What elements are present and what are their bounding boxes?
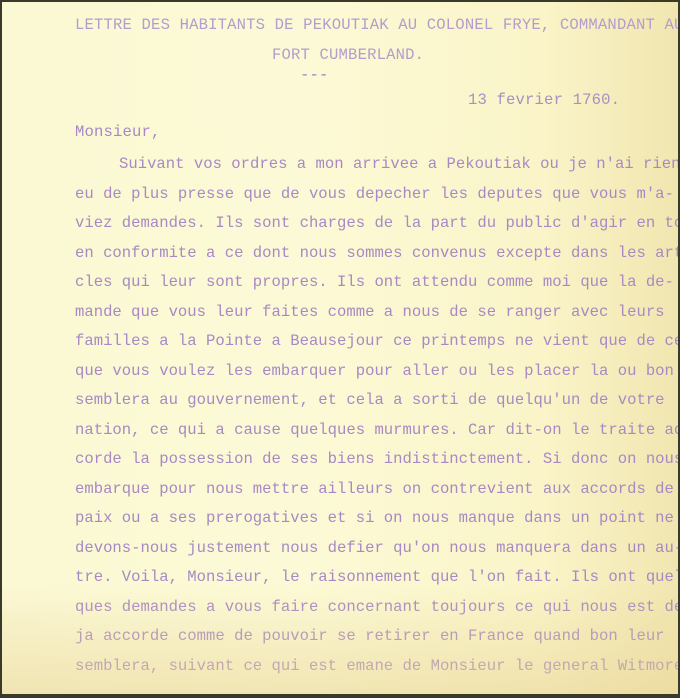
body-line: paix ou a ses prerogatives et si on nous… <box>75 504 678 534</box>
body-line: nation, ce qui a cause quelques murmures… <box>75 416 678 446</box>
letter-title-line-1: LETTRE DES HABITANTS DE PEKOUTIAK AU COL… <box>75 16 678 34</box>
body-line: viez demandes. Ils sont charges de la pa… <box>75 209 678 239</box>
body-line: ja accorde comme de pouvoir se retirer e… <box>75 622 678 652</box>
body-line: ques demandes a vous faire concernant to… <box>75 593 678 623</box>
body-line: devons-nous justement nous defier qu'on … <box>75 534 678 564</box>
letter-body: Suivant vos ordres a mon arrivee a Pekou… <box>75 150 678 681</box>
letter-title-line-2: FORT CUMBERLAND. <box>272 46 424 64</box>
body-line: semblera, suivant ce qui est emane de Mo… <box>75 652 678 682</box>
body-line: eu de plus presse que de vous depecher l… <box>75 180 678 210</box>
body-line: en conformite a ce dont nous sommes conv… <box>75 239 678 269</box>
body-line: semblera au gouvernement, et cela a sort… <box>75 386 678 416</box>
body-line: corde la possession de ses biens indisti… <box>75 445 678 475</box>
letter-date: 13 fevrier 1760. <box>468 91 620 109</box>
body-line: mande que vous leur faites comme a nous … <box>75 298 678 328</box>
title-separator: --- <box>300 66 329 84</box>
salutation: Monsieur, <box>75 123 161 141</box>
body-line: familles a la Pointe a Beausejour ce pri… <box>75 327 678 357</box>
body-line: Suivant vos ordres a mon arrivee a Pekou… <box>75 150 678 180</box>
scanned-letter-page: LETTRE DES HABITANTS DE PEKOUTIAK AU COL… <box>2 2 678 694</box>
body-line: tre. Voila, Monsieur, le raisonnement qu… <box>75 563 678 593</box>
body-line: embarque pour nous mettre ailleurs on co… <box>75 475 678 505</box>
body-line: que vous voulez les embarquer pour aller… <box>75 357 678 387</box>
body-line: cles qui leur sont propres. Ils ont atte… <box>75 268 678 298</box>
